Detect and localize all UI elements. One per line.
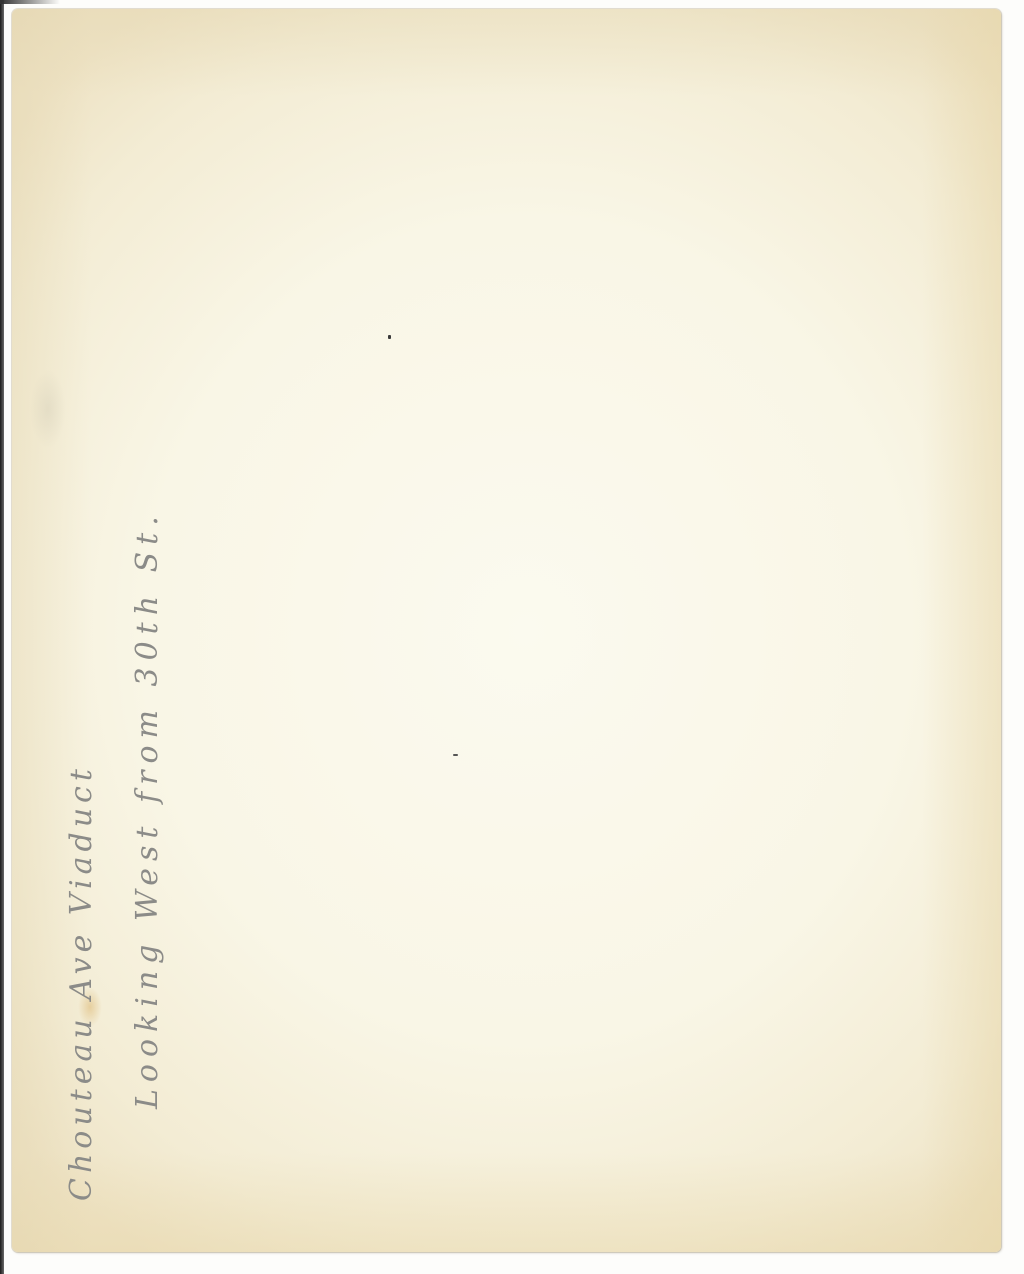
handwritten-caption-location: Looking West from 30th St. [130, 509, 165, 1109]
dust-speck [453, 754, 458, 756]
dust-speck [388, 335, 391, 339]
scanner-edge-top [0, 0, 60, 4]
photo-back-paper: Chouteau Ave Viaduct Looking West from 3… [12, 9, 1001, 1252]
scanner-edge [0, 0, 4, 1274]
handwritten-caption-title: Chouteau Ave Viaduct [64, 764, 99, 1201]
paper-smudge [30, 369, 66, 449]
